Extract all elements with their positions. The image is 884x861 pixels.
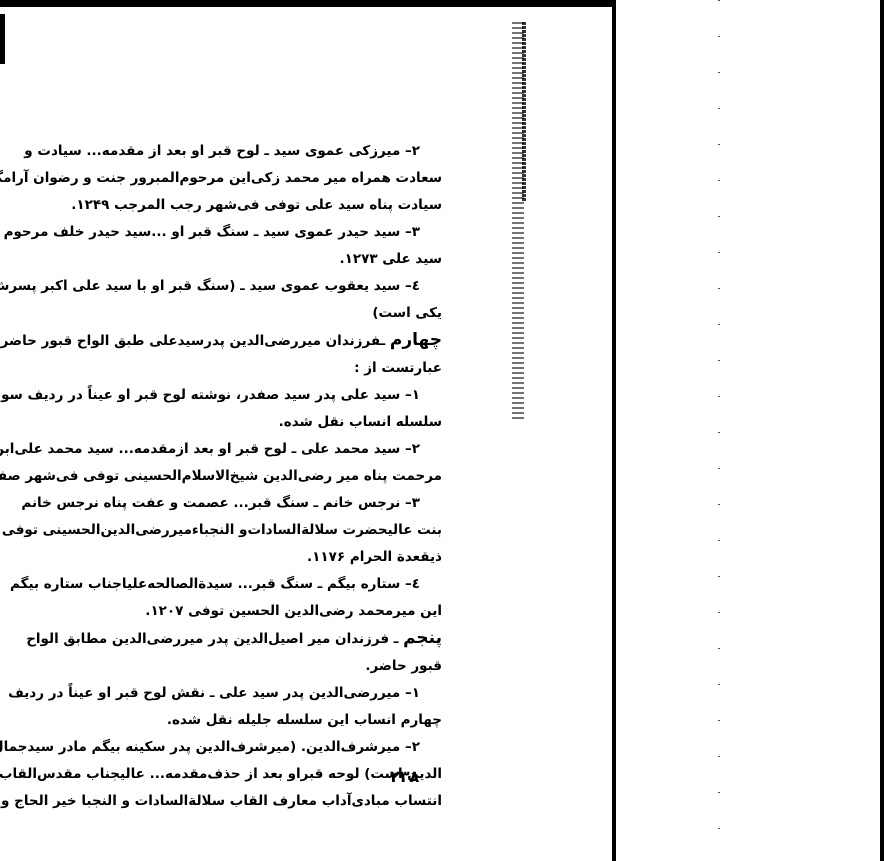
text-line: مرحمت پناه میر رضی‌الدین شیخ‌الاسلام‌الح… (38, 463, 442, 490)
text-line: ۲– سید محمد علی ـ لوح قبر او بعد ازمقدمه… (38, 436, 442, 463)
scan-gutter-noise-inner (522, 22, 526, 202)
text-line: یکی است) (38, 300, 442, 327)
text-line: ۱– سید علی پدر سید صفدر، نوشته لوح قبر ا… (38, 382, 442, 409)
scan-right-edge (880, 0, 884, 861)
section-fifth: پنجم ـ فرزندان میر اصیل‌الدین پدر میررضی… (38, 625, 442, 680)
section-fourth: چهارم ـفرزندان میررضی‌الدین پدرسیدعلی طب… (38, 327, 442, 382)
text-line: ـ فرزندان میر اصیل‌الدین پدر میررضی‌الدی… (26, 631, 398, 647)
text-line: سلسله انساب نقل شده. (38, 409, 442, 436)
paragraph-item-4: ٤– ستاره بیگم ـ سنگ قبر... سیدة‌الصالحه‌… (38, 571, 442, 625)
paragraph-item-4: ٤– سید یعقوب عموی سید ـ (سنگ قبر او با س… (38, 273, 442, 327)
text-line: سیادت پناه سید علی توفی فی‌شهر رجب المرج… (38, 192, 442, 219)
text-line: ـفرزندان میررضی‌الدین پدرسیدعلی طبق الوا… (1, 333, 386, 349)
paragraph-item-2: ۲– سید محمد علی ـ لوح قبر او بعد ازمقدمه… (38, 436, 442, 490)
text-line: ذیقعدة الحرام ۱۱۷۶. (38, 544, 442, 571)
section-heading: چهارم (390, 330, 442, 350)
text-line: قبور حاضر. (38, 653, 442, 680)
book-spine-line (612, 0, 616, 861)
text-line: انتساب مبادی‌آداب معارف القاب سلالة‌السا… (38, 788, 442, 815)
page-body: ۲– میرزکی عموی سید ـ لوح قبر او بعد از م… (38, 138, 442, 815)
scan-left-edge (0, 14, 5, 64)
text-line: بنت عالیحضرت سلالة‌السادات‌و النجباءمیرر… (38, 517, 442, 544)
paragraph-item-2: ۲– میرزکی عموی سید ـ لوح قبر او بعد از م… (38, 138, 442, 219)
text-line: چهارم انساب این سلسله جلیله نقل شده. (38, 707, 442, 734)
text-line: الدین است) لوحه قبراو بعد از حذف‌مقدمه..… (38, 761, 442, 788)
text-line: این میرمحمد رضی‌الدین الحسین توفی ۱۲۰۷. (38, 598, 442, 625)
text-line: سید علی ۱۲۷۳. (38, 246, 442, 273)
text-line: عبارتست از : (38, 355, 442, 382)
paragraph-item-3: ۳– سید حیدر عموی سید ـ سنگ قبر او ...سید… (38, 219, 442, 273)
text-line: ٤– ستاره بیگم ـ سنگ قبر... سیدة‌الصالحه‌… (38, 571, 442, 598)
paragraph-item-1: ۱– میررضی‌الدین پدر سید علی ـ نقش لوح قب… (38, 680, 442, 734)
paragraph-item-2: ۲– میرشرف‌الدین. (میرشرف‌الدین پدر سکینه… (38, 734, 442, 815)
text-line: ۱– میررضی‌الدین پدر سید علی ـ نقش لوح قب… (38, 680, 442, 707)
text-line: ٤– سید یعقوب عموی سید ـ (سنگ قبر او با س… (38, 273, 442, 300)
page-number: ۲۳۸ (390, 767, 419, 786)
section-heading: پنجم (403, 628, 442, 648)
text-line: ۲– میرزکی عموی سید ـ لوح قبر او بعد از م… (38, 138, 442, 165)
scan-dotted-artifact (718, 0, 720, 861)
text-line: ۲– میرشرف‌الدین. (میرشرف‌الدین پدر سکینه… (38, 734, 442, 761)
text-line: سعادت همراه میر محمد زکی‌این مرحوم‌المبر… (38, 165, 442, 192)
text-line: ۳– نرجس خانم ـ سنگ قبر... عصمت و عفت پنا… (38, 490, 442, 517)
text-line: ۳– سید حیدر عموی سید ـ سنگ قبر او ...سید… (38, 219, 442, 246)
paragraph-item-3: ۳– نرجس خانم ـ سنگ قبر... عصمت و عفت پنا… (38, 490, 442, 571)
scan-top-border (0, 0, 616, 7)
paragraph-item-1: ۱– سید علی پدر سید صفدر، نوشته لوح قبر ا… (38, 382, 442, 436)
